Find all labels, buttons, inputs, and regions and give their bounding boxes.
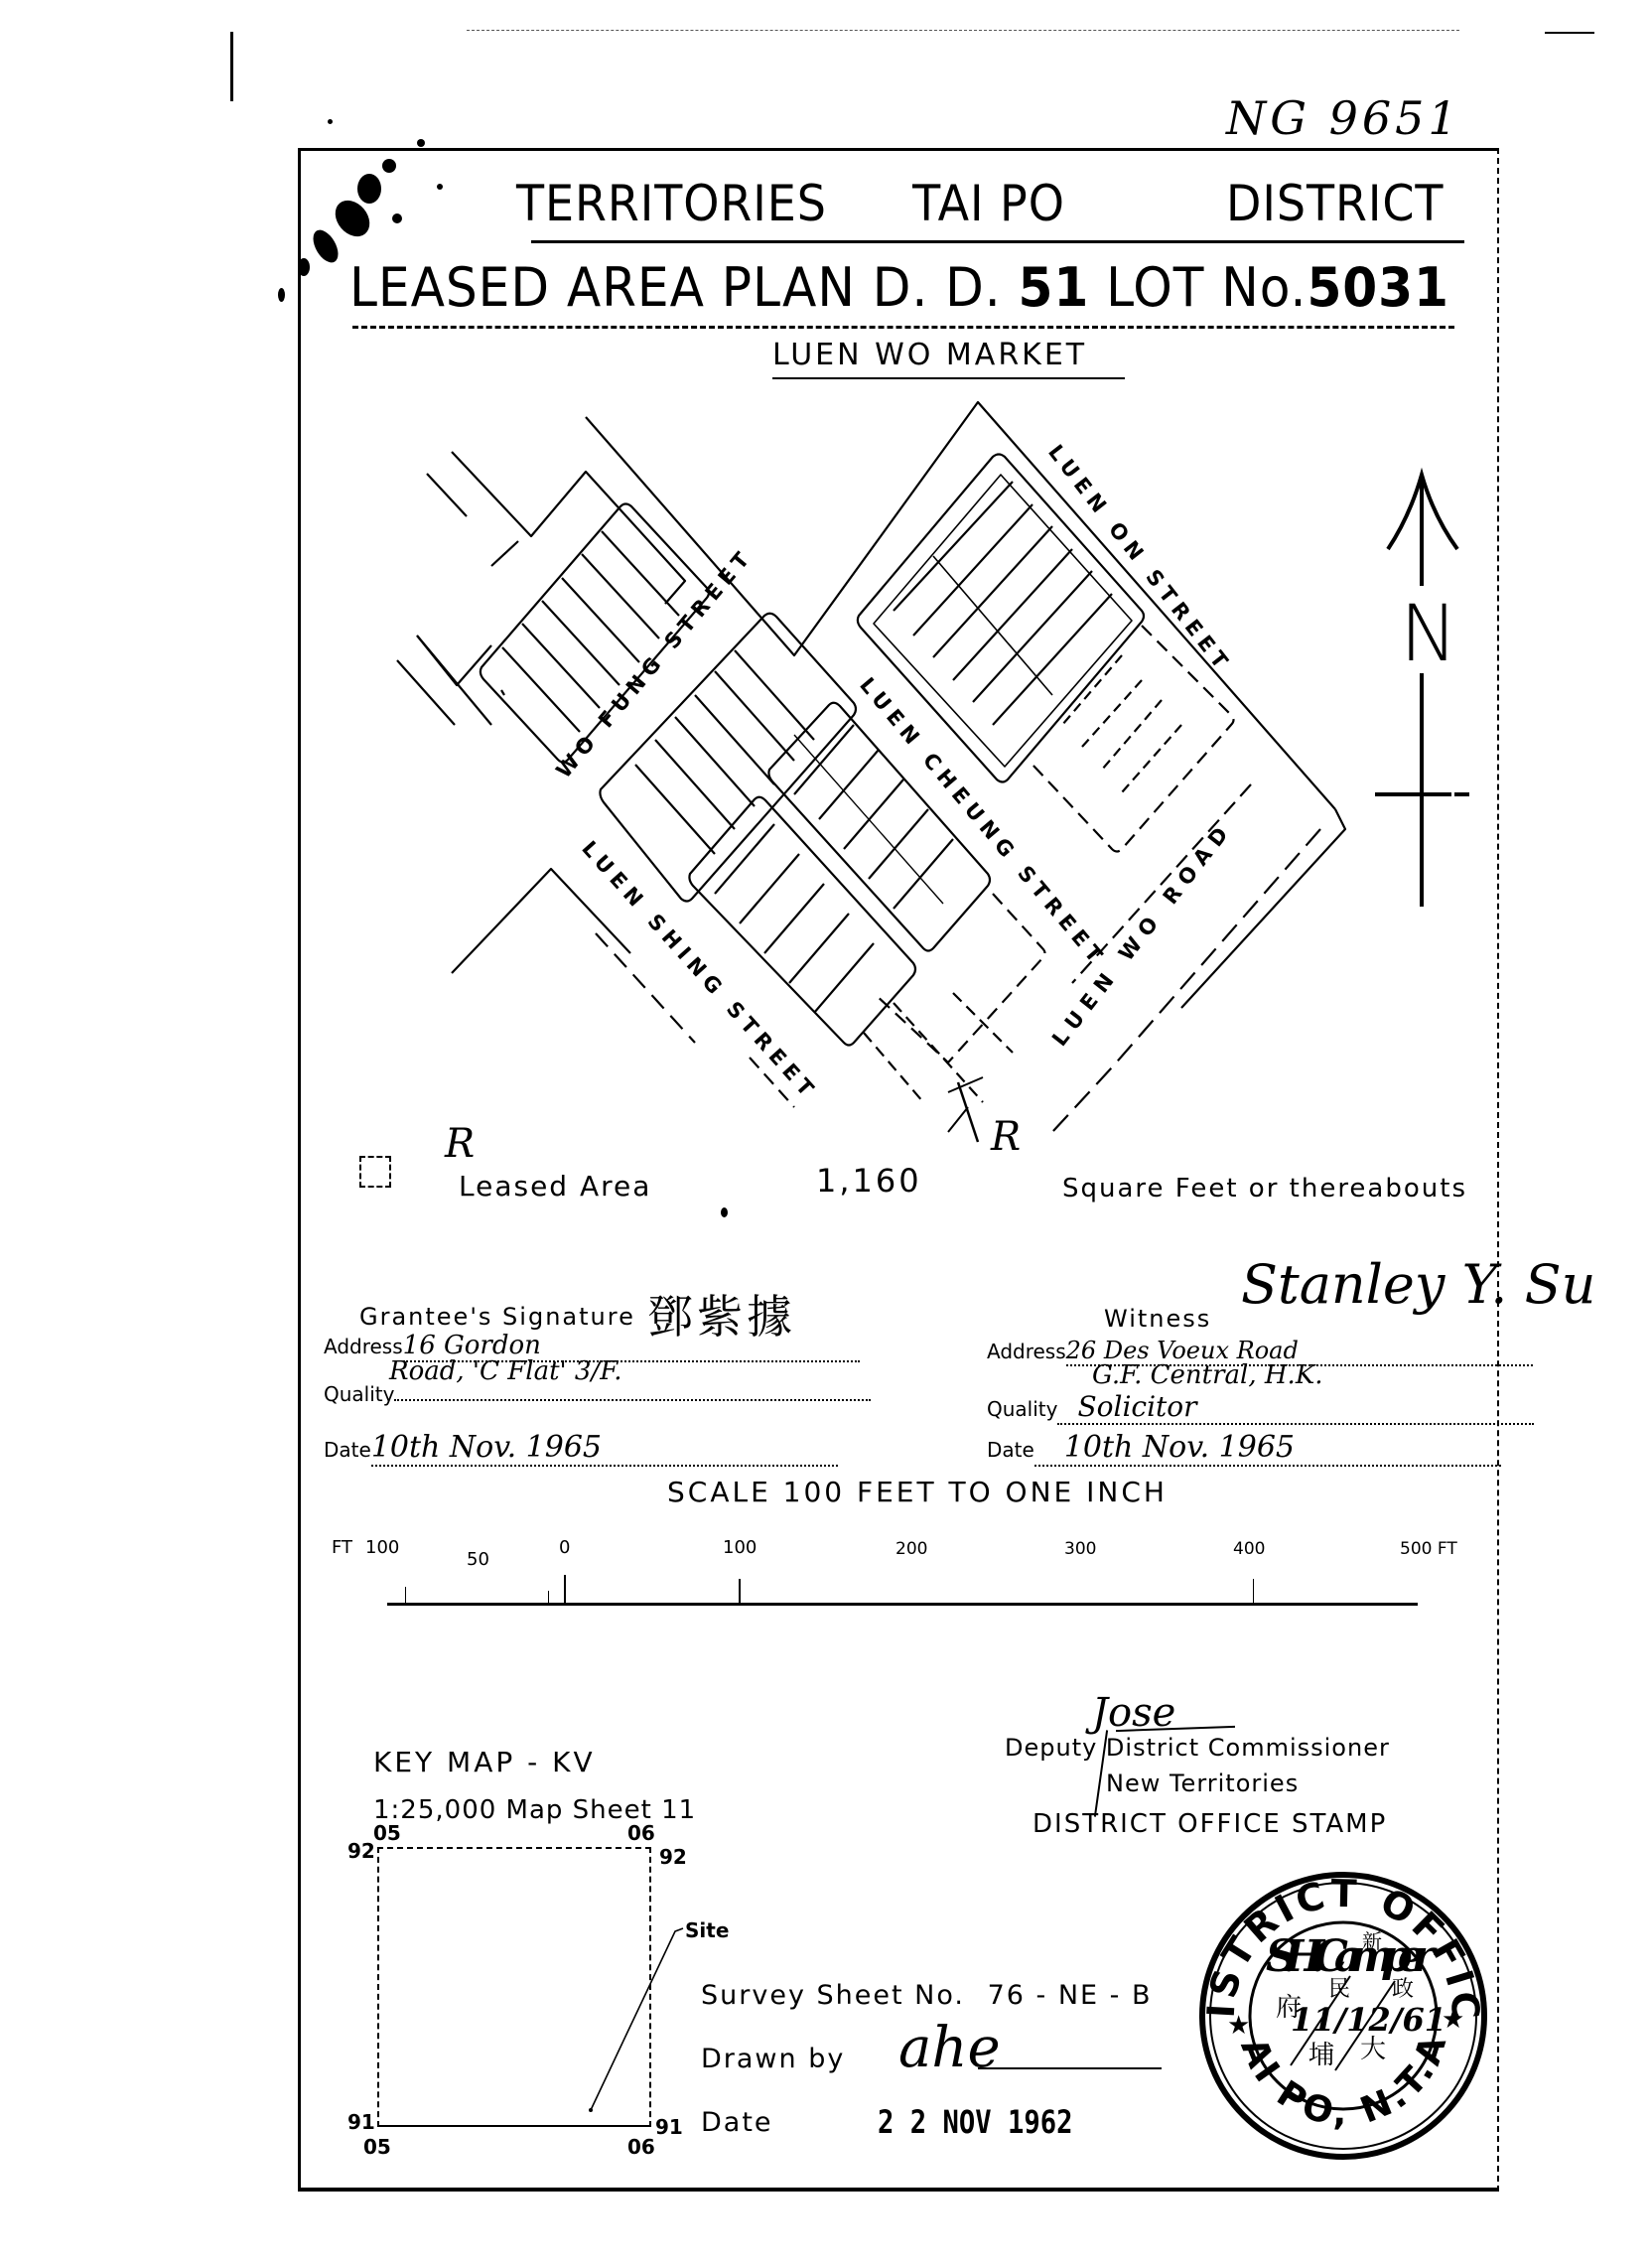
stamp-chinese-char: 政	[1392, 1977, 1414, 2002]
stamp-bottom-text: TAI PO, N.T.A.	[0, 0, 1456, 2134]
stamp-chinese-char: 新	[1362, 1929, 1382, 1953]
stamp-signature: S.H. Camper	[1266, 1931, 1438, 1982]
stamp-top-text: DISTRICT OFFICE	[0, 0, 1488, 2025]
stamp-chinese-char: 大	[1360, 2035, 1386, 2064]
svg-text:TAI PO, N.T.A.: TAI PO, N.T.A.	[0, 0, 1456, 2134]
svg-text:DISTRICT OFFICE: DISTRICT OFFICE	[0, 0, 1488, 2025]
star-icon: ★	[1227, 2011, 1250, 2041]
district-office-stamp: DISTRICT OFFICE TAI PO, N.T.A. ★ ★ S.H. …	[0, 0, 1652, 2266]
stamp-chinese-char: 埔	[1308, 2041, 1334, 2070]
